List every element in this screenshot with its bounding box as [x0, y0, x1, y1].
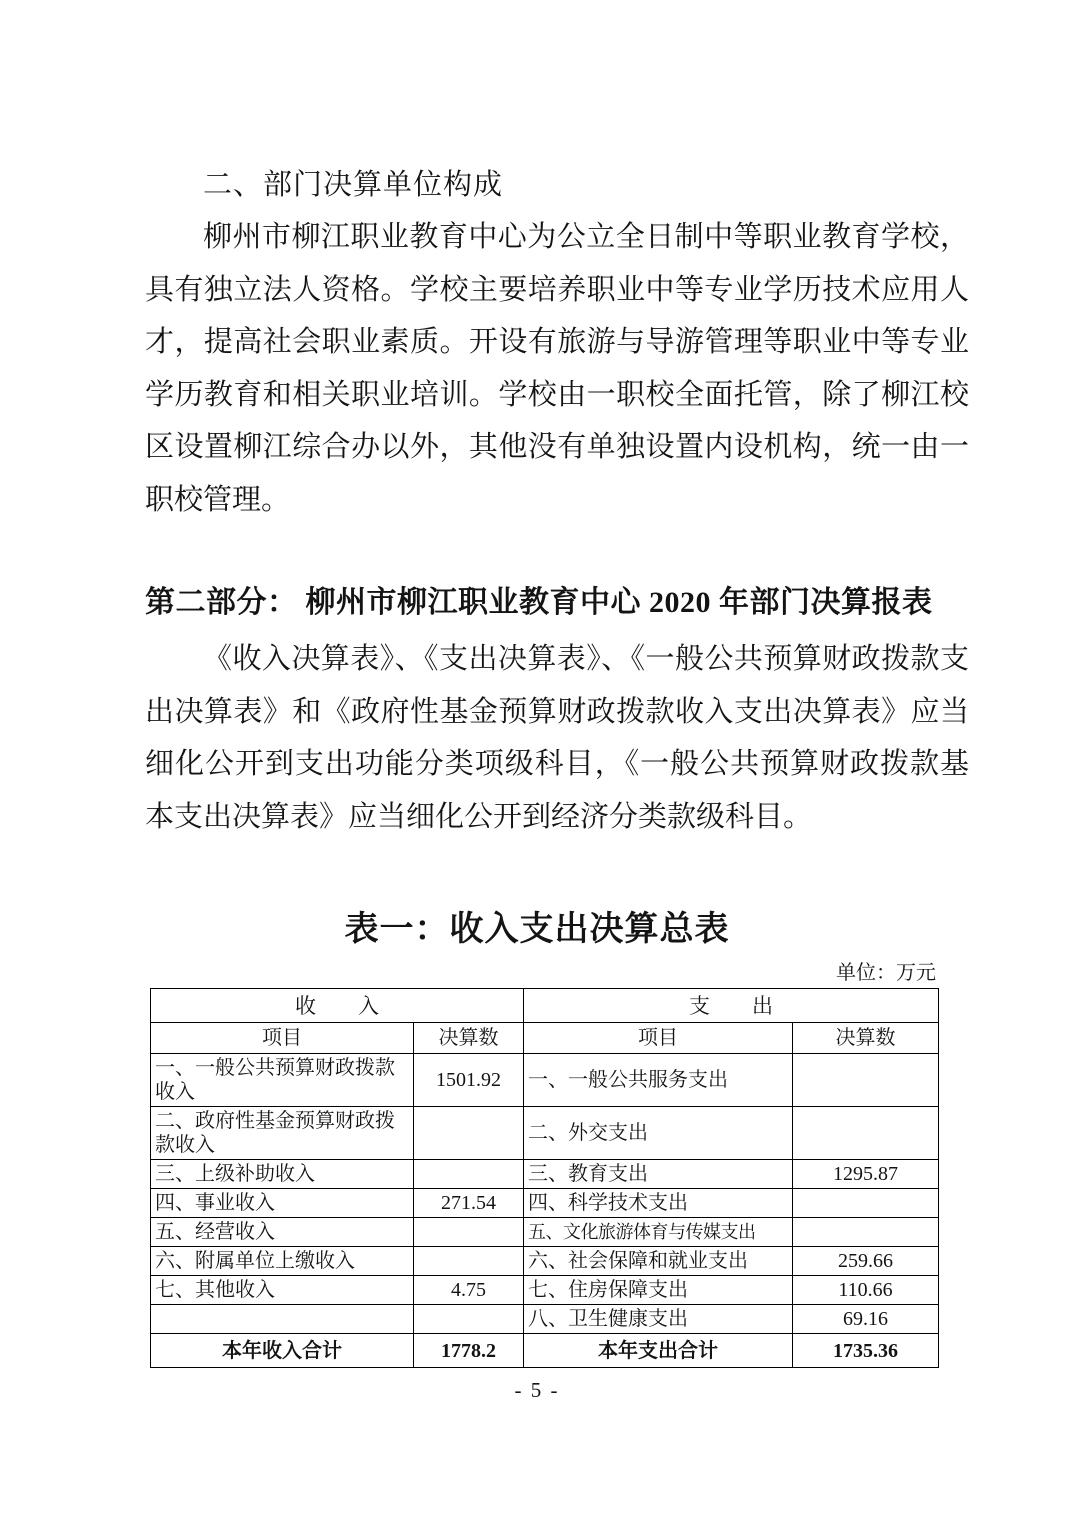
income-value-cell [414, 1218, 524, 1247]
table-row: 三、上级补助收入 三、教育支出 1295.87 [151, 1160, 939, 1189]
income-item-cell [151, 1305, 414, 1334]
income-amount-header: 决算数 [414, 1023, 524, 1054]
expense-section-header: 支 出 [524, 989, 939, 1023]
expense-value-cell: 1295.87 [793, 1160, 939, 1189]
expense-total-value: 1735.36 [793, 1334, 939, 1368]
section-paragraph: 柳州市柳江职业教育中心为公立全日制中等职业教育学校，具有独立法人资格。学校主要培… [145, 211, 969, 526]
expense-item-cell: 八、卫生健康支出 [524, 1305, 793, 1334]
income-item-cell: 七、其他收入 [151, 1276, 414, 1305]
expense-item-header: 项目 [524, 1023, 793, 1054]
document-page: 二、部门决算单位构成 柳州市柳江职业教育中心为公立全日制中等职业教育学校，具有独… [0, 0, 1074, 1520]
expense-value-cell [793, 1189, 939, 1218]
income-item-cell: 四、事业收入 [151, 1189, 414, 1218]
income-value-cell: 4.75 [414, 1276, 524, 1305]
income-expense-summary-table: 收 入 支 出 项目 决算数 项目 决算数 一、一般公共预算财政拨款收入 150… [150, 988, 939, 1368]
table-total-row: 本年收入合计 1778.2 本年支出合计 1735.36 [151, 1334, 939, 1368]
table-section-header-row: 收 入 支 出 [151, 989, 939, 1023]
page-number: - 5 - [0, 1378, 1074, 1403]
table-row: 五、经营收入 五、文化旅游体育与传媒支出 [151, 1218, 939, 1247]
table-row: 七、其他收入 4.75 七、住房保障支出 110.66 [151, 1276, 939, 1305]
expense-item-cell: 四、科学技术支出 [524, 1189, 793, 1218]
table-column-header-row: 项目 决算数 项目 决算数 [151, 1023, 939, 1054]
expense-item-cell: 一、一般公共服务支出 [524, 1054, 793, 1107]
expense-value-cell: 69.16 [793, 1305, 939, 1334]
table-row: 四、事业收入 271.54 四、科学技术支出 [151, 1189, 939, 1218]
income-item-cell: 三、上级补助收入 [151, 1160, 414, 1189]
income-value-cell: 271.54 [414, 1189, 524, 1218]
expense-value-cell [793, 1054, 939, 1107]
part2-paragraph: 《收入决算表》、《支出决算表》、《一般公共预算财政拨款支出决算表》和《政府性基金… [145, 633, 969, 843]
expense-value-cell [793, 1107, 939, 1160]
income-section-header: 收 入 [151, 989, 524, 1023]
expense-total-label: 本年支出合计 [524, 1334, 793, 1368]
unit-label: 单位：万元 [836, 956, 936, 985]
income-item-cell: 五、经营收入 [151, 1218, 414, 1247]
expense-item-cell: 六、社会保障和就业支出 [524, 1247, 793, 1276]
income-value-cell [414, 1160, 524, 1189]
income-value-cell [414, 1247, 524, 1276]
income-value-cell [414, 1305, 524, 1334]
expense-value-cell: 110.66 [793, 1276, 939, 1305]
income-value-cell [414, 1107, 524, 1160]
expense-item-cell: 二、外交支出 [524, 1107, 793, 1160]
part2-heading: 第二部分： 柳州市柳江职业教育中心 2020 年部门决算报表 [145, 577, 933, 621]
table-title: 表一：收入支出决算总表 [0, 901, 1074, 950]
table-row: 六、附属单位上缴收入 六、社会保障和就业支出 259.66 [151, 1247, 939, 1276]
income-total-label: 本年收入合计 [151, 1334, 414, 1368]
expense-item-cell: 七、住房保障支出 [524, 1276, 793, 1305]
income-item-cell: 一、一般公共预算财政拨款收入 [151, 1054, 414, 1107]
expense-value-cell [793, 1218, 939, 1247]
table-row: 八、卫生健康支出 69.16 [151, 1305, 939, 1334]
income-item-cell: 六、附属单位上缴收入 [151, 1247, 414, 1276]
income-value-cell: 1501.92 [414, 1054, 524, 1107]
income-item-cell: 二、政府性基金预算财政拨款收入 [151, 1107, 414, 1160]
expense-amount-header: 决算数 [793, 1023, 939, 1054]
expense-item-cell: 三、教育支出 [524, 1160, 793, 1189]
table-row: 二、政府性基金预算财政拨款收入 二、外交支出 [151, 1107, 939, 1160]
income-total-value: 1778.2 [414, 1334, 524, 1368]
table-row: 一、一般公共预算财政拨款收入 1501.92 一、一般公共服务支出 [151, 1054, 939, 1107]
expense-value-cell: 259.66 [793, 1247, 939, 1276]
expense-item-cell: 五、文化旅游体育与传媒支出 [524, 1218, 793, 1247]
income-item-header: 项目 [151, 1023, 414, 1054]
section-heading: 二、部门决算单位构成 [203, 162, 503, 203]
